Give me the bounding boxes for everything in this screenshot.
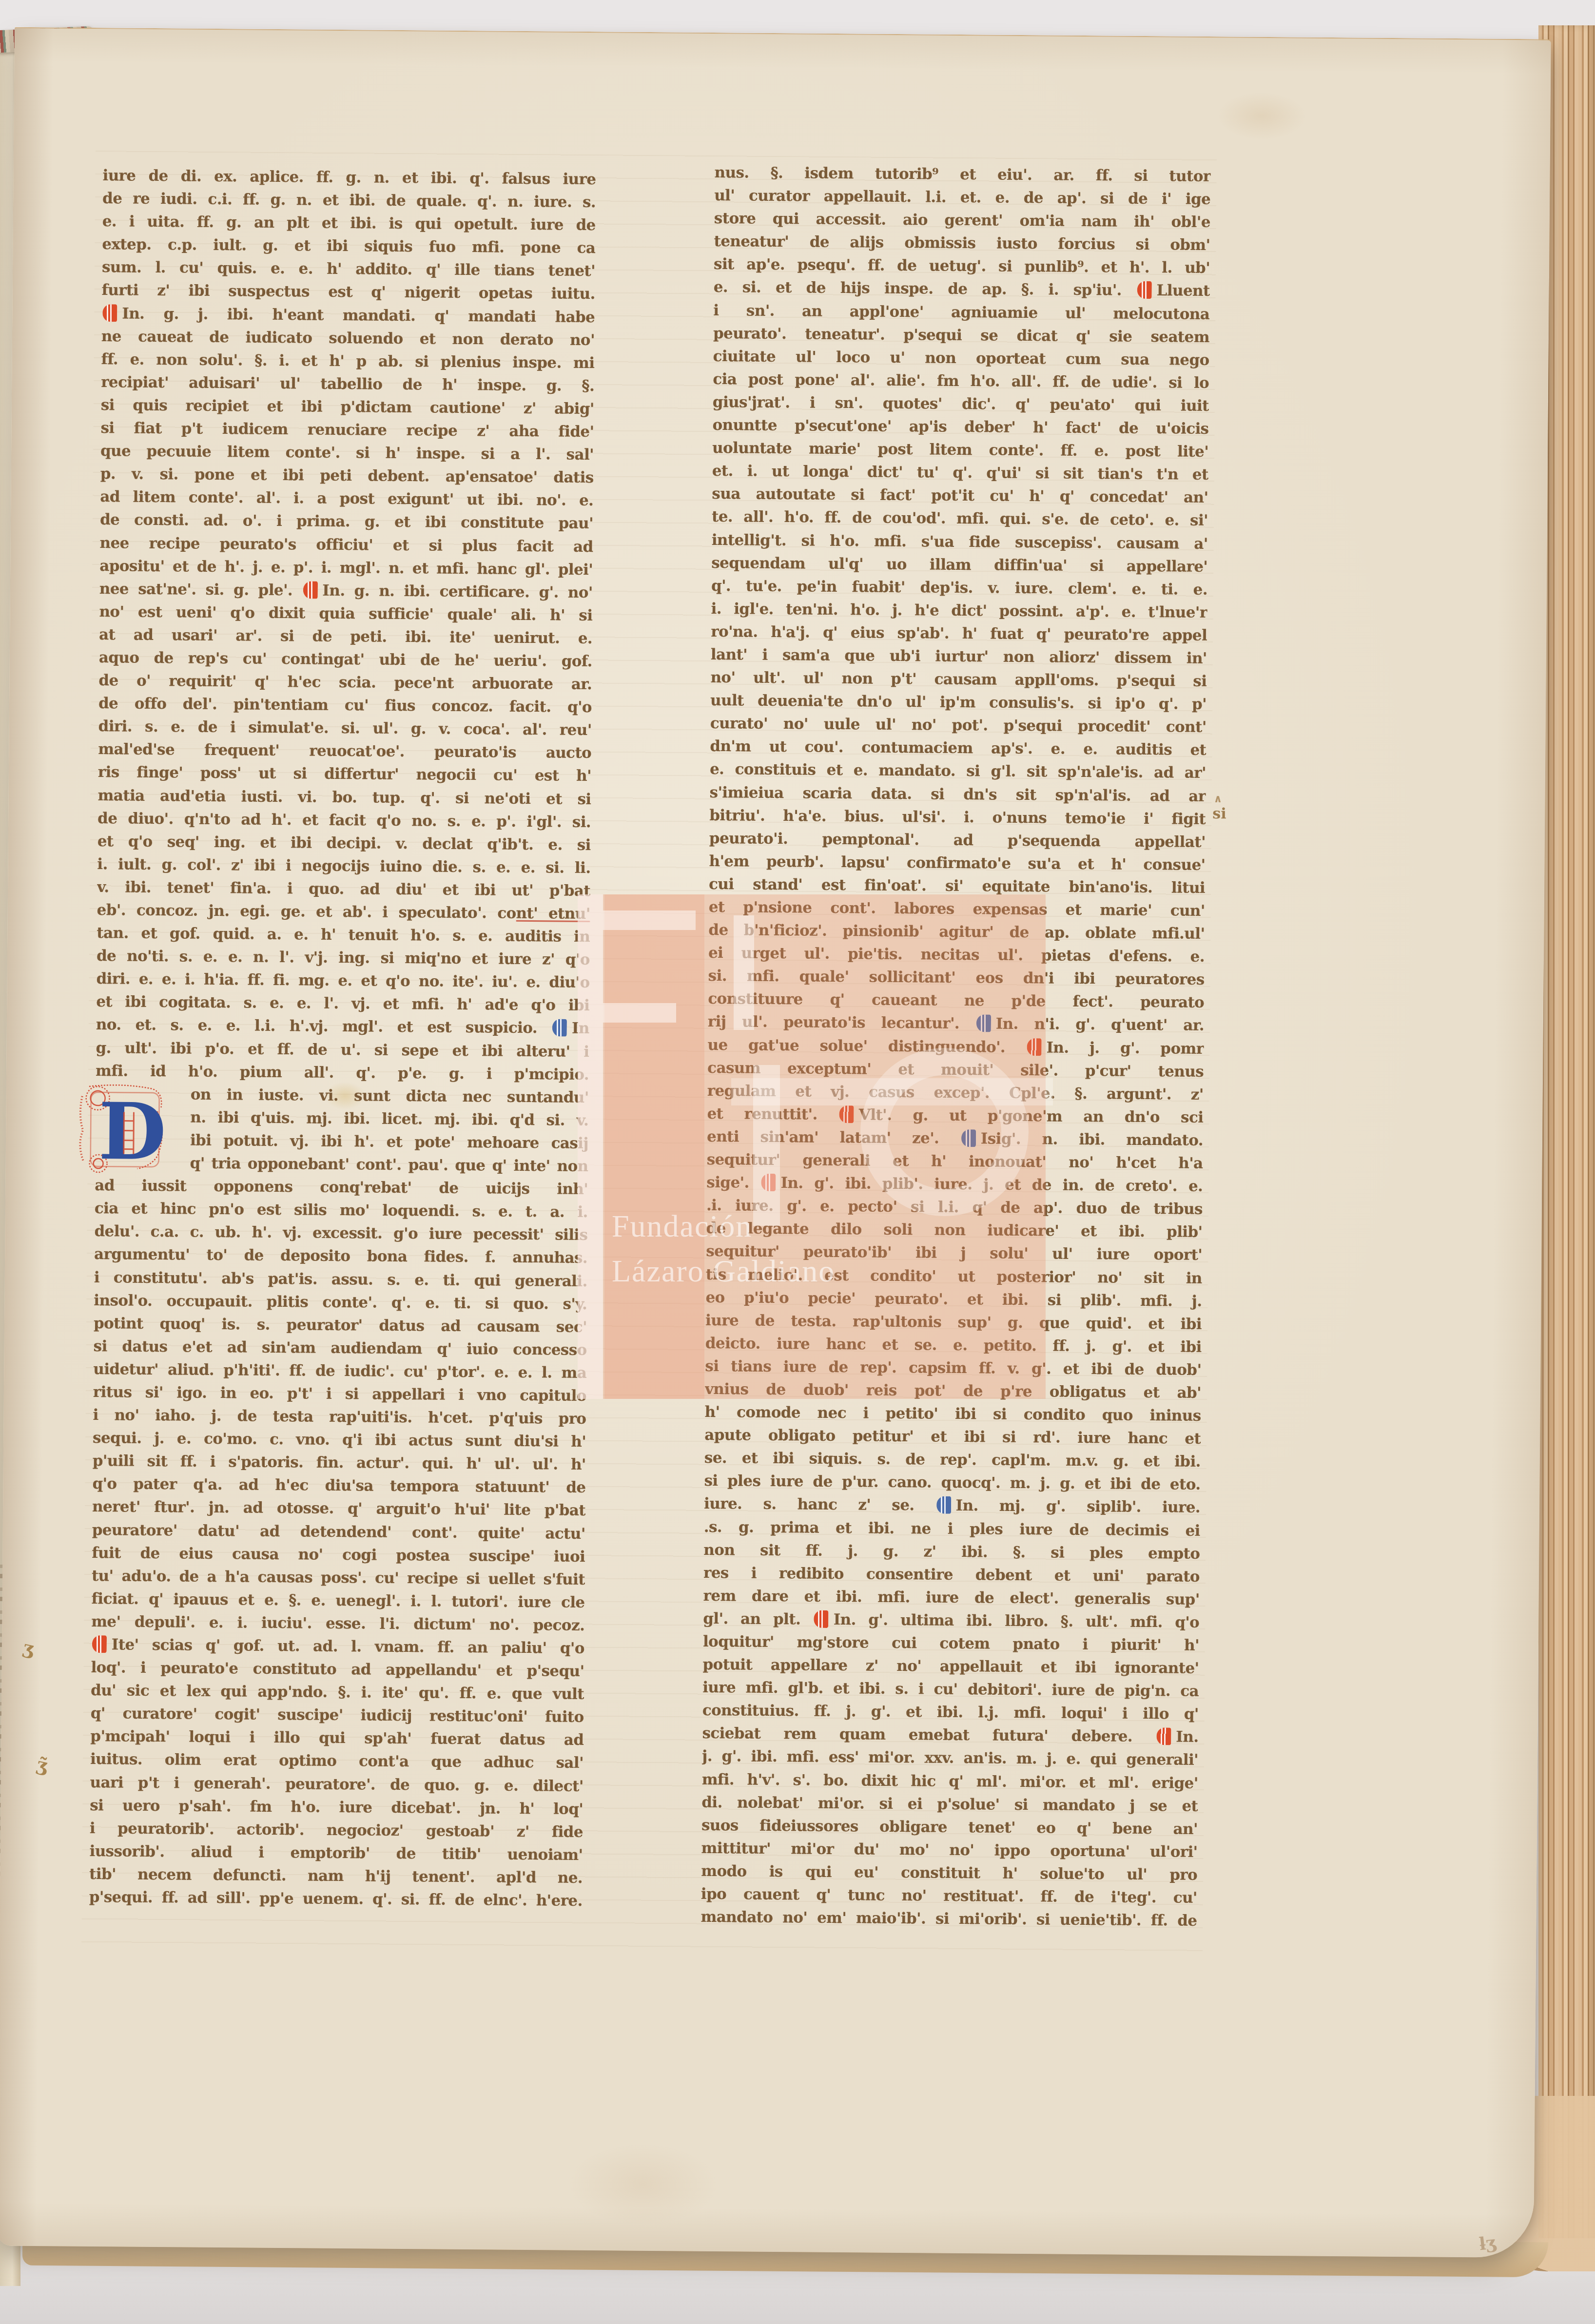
red-paraph-mark <box>102 304 117 322</box>
text-line: sit ap'e. psequ'. ff. de uetug'. si punl… <box>714 253 1210 280</box>
text-line: enti sin'am' latam' ze'. Isig'. n. ibi. … <box>707 1125 1203 1152</box>
text-line: loquitur' mg'store cui cotem pnato i piu… <box>703 1630 1199 1657</box>
text-line: se. et ibi siquis. s. de rep'. capl'm. m… <box>704 1447 1201 1473</box>
text-line: de offo del'. pin'tentiam cu' fius conco… <box>98 692 592 719</box>
text-line: peurato'i. pemptonal'. ad p'sequenda app… <box>709 827 1206 854</box>
text-line: ff. e. non solu'. §. i. et h' p ab. si p… <box>101 348 594 375</box>
text-line: de consti. ad. o'. i prima. g. et ibi co… <box>100 509 593 536</box>
text-line: iuitus. olim erat optimo cont'a que adhu… <box>90 1748 584 1775</box>
text-line: i. iult. g. col'. z' ibi i negocijs iuin… <box>97 853 590 880</box>
folio-mark: ƚʒ <box>1478 2232 1497 2255</box>
text-line: i no' iaho. j. de testa rap'uiti'is. h'c… <box>93 1404 586 1431</box>
text-line: de no'ti. s. e. e. n. l'. v'j. ing. si m… <box>97 945 590 971</box>
blue-paraph-mark <box>552 1019 567 1037</box>
text-line: de o' requirit' q' h'ec scia. pece'nt ar… <box>98 669 592 696</box>
illuminated-initial: D <box>78 1082 170 1178</box>
text-line: nus. §. isdem tutorib⁹ et eiu'. ar. ff. … <box>714 161 1210 188</box>
text-line: casum exceptum' et mouit' sile'. p'cur' … <box>707 1057 1204 1084</box>
text-line: de re iudi. c.i. ff. g. n. et ibi. de qu… <box>102 187 596 214</box>
text-line: apositu' et de h'. j. e. p'. i. mgl'. n.… <box>99 555 593 581</box>
text-column-right: nus. §. isdem tutorib⁹ et eiu'. ar. ff. … <box>700 161 1210 1933</box>
text-line: q'. tu'e. pe'in fuabit' dep'is. v. iure.… <box>711 575 1207 601</box>
red-paraph-mark <box>839 1105 854 1123</box>
text-line: et p'nsione cont'. labores expensas et m… <box>709 896 1205 923</box>
blue-paraph-mark <box>961 1129 976 1147</box>
text-line: ipo cauent q' tunc no' restituat'. ff. d… <box>701 1883 1197 1910</box>
text-line: i constitutu'. ab's pat'is. assu. s. e. … <box>94 1266 587 1293</box>
text-line: potint quoq' is. s. peurator' datus ad c… <box>94 1312 587 1339</box>
text-line: di. nolebat' mi'or. si ei p'solue' si ma… <box>701 1791 1198 1818</box>
text-line: e. si. et de hijs inspe. de ap. §. i. sp… <box>714 276 1210 303</box>
text-line: no' ult'. ul' non p't' causam appll'oms.… <box>710 666 1206 693</box>
marginal-mark-lower: ʒ̃ <box>35 1753 50 1777</box>
text-line: rij ul'. peurato'is lecantur'. In. n'i. … <box>708 1010 1204 1037</box>
text-line: e. constituis et e. mandato. si g'l. sit… <box>710 758 1206 785</box>
text-line: diri. e. e. i. h'ia. ff. fi. mg. e. et q… <box>96 968 589 994</box>
text-line: et ibi cogitata. s. e. e. l'. vj. et mfi… <box>96 990 589 1017</box>
text-line: recipiat' aduisari' ul' tabellio de h' i… <box>101 371 594 398</box>
text-line: ad iussit opponens conq'rebat' de uicijs… <box>95 1174 588 1201</box>
text-line: non sit ff. j. g. z' ibi. §. si ples emp… <box>703 1539 1200 1566</box>
text-line: que pecuuie litem conte'. si h' inspe. s… <box>100 440 594 466</box>
text-line: i sn'. an appl'one' agniuamie ul' melocu… <box>713 299 1209 326</box>
text-line: i peuratorib'. actorib'. negocioz' gesto… <box>90 1817 583 1844</box>
text-line: ei urget ul'. pie'tis. necitas ul'. piet… <box>708 942 1205 968</box>
text-line: no. et. s. e. e. l.i. h'.vj. mgl'. et es… <box>96 1014 589 1041</box>
text-line: de diuo'. q'n'to ad h'. et facit q'o no.… <box>97 807 591 834</box>
text-column-left: iure de di. ex. aplice. ff. g. n. et ibi… <box>89 164 596 1913</box>
text-line: cui stand' est fin'oat'. si' equitate bi… <box>709 873 1205 900</box>
red-paraph-mark <box>1027 1038 1041 1056</box>
text-line: q'o pater q'a. ad h'ec diu'sa tempora st… <box>92 1472 585 1499</box>
text-line: h'em peurb'. lapsu' confirmato'e su'a et… <box>709 850 1205 877</box>
text-line: suos fideiussores obligare tenet' eo q' … <box>701 1814 1198 1841</box>
text-line: sequi. j. e. co'mo. c. vno. q'i ibi actu… <box>93 1427 586 1453</box>
text-line: Ite' scias q' gof. ut. ad. l. vnam. ff. … <box>91 1633 584 1660</box>
text-line: potuit appellare z' no' appellauit et ib… <box>702 1653 1199 1680</box>
text-line: gl'. an plt. In. g'. ultima ibi. libro. … <box>703 1607 1199 1634</box>
text-line: ad litem conte'. al'. i. a post exigunt'… <box>100 485 593 512</box>
text-line: tib' necem defuncti. nam h'ij tenent'. a… <box>89 1863 583 1890</box>
text-line: iure de testa. rap'ultonis sup' g. que q… <box>705 1309 1202 1336</box>
blue-paraph-mark <box>936 1496 951 1514</box>
text-line: p'uili sit ff. i s'patoris. fin. actur'.… <box>93 1450 586 1476</box>
text-line: iussorib'. aliud i emptorib' de titib' u… <box>89 1840 583 1867</box>
text-line: fuit de eius causa no' cogi postea susci… <box>92 1542 585 1569</box>
text-line: tis melio'. est condito' ut posterior' n… <box>706 1263 1202 1290</box>
text-line: p. v. si. pone et ibi peti debent. ap'en… <box>100 463 594 489</box>
text-line: diri. s. e. de i simulat'e. si. ul'. g. … <box>98 715 591 742</box>
text-line: peuratore' datu' ad detendend' cont'. qu… <box>92 1519 585 1546</box>
initial-letter: D <box>98 1085 166 1178</box>
text-line: modo is qui eu' constituit h' solue'to u… <box>701 1860 1197 1887</box>
text-line: constituius. ff. j. g'. et ibi. l.j. mfi… <box>702 1699 1199 1726</box>
text-line: eo p'iu'o pecie' peurato'. et ibi. si pl… <box>705 1286 1202 1313</box>
text-line: si tians iure de rep'. capsim ff. v. g'.… <box>705 1355 1201 1382</box>
text-line: g. ult'. ibi p'o. et ff. de u'. si sepe … <box>96 1037 589 1064</box>
text-line: tu' adu'o. de a h'a causas poss'. cu' re… <box>92 1565 585 1591</box>
text-line: gius'jrat'. i sn'. quotes' dic'. q' peu'… <box>713 391 1209 418</box>
text-line: sequendam ul'q' uo illam diffin'ua' si a… <box>711 552 1207 579</box>
text-line: uari p't i generah'. peuratore'. de quo.… <box>90 1771 583 1798</box>
text-line: .i. iure. g'. e. pecto' si l.i. q' de ap… <box>706 1194 1203 1221</box>
text-line: mfi. h'v'. s'. bo. dixit hic q' ml'. mi'… <box>702 1768 1198 1795</box>
text-line: uoluntate marie' post litem conte'. ff. … <box>712 437 1208 464</box>
text-line: insol'o. occupauit. plitis conte'. q'. e… <box>94 1289 587 1316</box>
text-line: curato' no' uule ul' no' pot'. p'sequi p… <box>710 712 1206 739</box>
text-line: onuntte p'secut'one' ap'is deber' h' fac… <box>712 414 1208 441</box>
text-line: et q'o seq' ing. et ibi decipi. v. decla… <box>97 830 591 857</box>
text-line: si uero p'sah'. fm h'o. iure dicebat'. j… <box>90 1794 583 1821</box>
manuscript-photo: { "watermark": { "line1": "Fundación", "… <box>0 0 1595 2324</box>
text-line: q' curatore' cogit' suscipe' iudicij res… <box>91 1702 584 1729</box>
text-line: sciebat rem quam emebat futura' debere. … <box>702 1722 1198 1749</box>
text-line: delu'. c.a. c. ub. h'. vj. excessit. g'o… <box>94 1220 587 1247</box>
text-line: ficiat. q' ipauus et e. §. e. uenegl'. i… <box>91 1588 584 1614</box>
text-line: nee sat'ne'. si. g. ple'. In. g. n. ibi.… <box>99 578 593 604</box>
text-line: et. i. ut longa' dict' tu' q'. q'ui' si … <box>712 460 1208 486</box>
text-line: teneatur' de alijs obmissis iusto forciu… <box>714 230 1210 257</box>
text-line: si datus e'et ad sin'am audiendam q' iui… <box>93 1335 586 1362</box>
text-line: ne caueat de iudicato soluendo et non de… <box>101 325 595 352</box>
text-line: cia post pone' al'. alie'. fm h'o. all'.… <box>713 368 1209 395</box>
text-line: ue gat'ue solue' distinguendo'. In. j. g… <box>707 1033 1204 1060</box>
marginal-note: si <box>1212 805 1226 822</box>
text-line: i. igl'e. ten'ni. h'o. j. h'e dict' poss… <box>711 598 1207 624</box>
text-line: nee recipe peurato's officiu' et si plus… <box>99 532 593 559</box>
text-line: ro'na. h'a'j. q' eius sp'ab'. h' fuat q'… <box>711 620 1207 647</box>
text-line: neret' ftur'. jn. ad otosse. q' arguit'o… <box>92 1495 585 1522</box>
text-line: p'sequi. ff. ad sill'. pp'e uenem. q'. s… <box>89 1886 583 1913</box>
text-line: tan. et gof. quid. a. e. h' tenuit h'o. … <box>97 922 590 949</box>
text-line: si ples iure de p'ur. cano. quocq'. m. j… <box>704 1470 1200 1496</box>
red-paraph-mark <box>761 1174 776 1191</box>
text-line: ul' curator appellauit. l.i. et. e. de a… <box>714 184 1210 211</box>
text-line: uidetur' aliud. p'h'iti'. ff. de iudic'.… <box>93 1358 586 1385</box>
text-line: mandato no' em' maio'ib'. si mi'orib'. s… <box>700 1906 1197 1933</box>
text-line: ritus si' igo. in eo. p't' i si appellar… <box>93 1381 586 1408</box>
text-line: lant' i sam'a que ub'i iurtur' non alior… <box>711 643 1207 670</box>
red-paraph-mark <box>814 1610 829 1628</box>
text-line: du' sic et lex qui app'ndo. §. i. ite' q… <box>91 1679 584 1706</box>
text-line: mal'ed'se frequent' reuocat'oe'. peurato… <box>98 738 591 765</box>
text-line: furti z' ibi suspectus est q' nigerit op… <box>102 279 595 306</box>
text-line: rem dare et ibi. mfi. iure de elect'. ge… <box>703 1585 1200 1611</box>
text-line: matia aud'etia iusti. vi. bo. tup. q'. s… <box>97 784 591 811</box>
text-line: In. g. j. ibi. h'eant mandati. q' mandat… <box>101 302 595 329</box>
text-line: sum. l. cu' quis. e. e. h' addito. q' il… <box>102 256 595 283</box>
red-paraph-mark <box>303 581 317 599</box>
text-line: te. all'. h'o. ff. de cou'od'. mfi. qui.… <box>712 505 1208 532</box>
text-line: ris finge' poss' ut si differtur' negoci… <box>98 761 591 788</box>
text-line: iure. s. hanc z' se. In. mj. g'. siplib'… <box>704 1492 1200 1519</box>
blue-paraph-mark <box>976 1015 991 1032</box>
text-line: at ad usari' ar'. si de peti. ibi. ite' … <box>99 623 592 650</box>
text-line: iure de di. ex. aplice. ff. g. n. et ibi… <box>102 164 596 191</box>
text-line: de b'n'ficioz'. pinsionib' agitur' de ap… <box>708 919 1205 946</box>
text-line: .s. g. prima et ibi. ne i ples iure de d… <box>704 1515 1200 1542</box>
text-line: res i redibito consentire debent et uni'… <box>703 1562 1200 1588</box>
text-line: sequitur' peurato'ib' ibi j solu' ul' iu… <box>706 1240 1202 1267</box>
text-line: vnius de duob' reis pot' de p're obligat… <box>705 1378 1201 1405</box>
text-line: bitriu'. h'a'e. bius. ul'si'. i. o'nuns … <box>709 804 1206 831</box>
text-line: h' comode nec i petito' ibi si condito q… <box>704 1401 1201 1428</box>
text-line: et renuttit'. Vlt'. g. ut p'gone'm an dn… <box>707 1103 1203 1129</box>
text-line: j. g'. ibi. mfi. ess' mi'or. xxv. an'is.… <box>702 1745 1198 1772</box>
text-line: e. i uita. ff. g. an plt et ibi. is qui … <box>102 210 596 237</box>
text-line: peurato'. teneatur'. p'sequi se dicat q'… <box>713 322 1209 349</box>
text-line: me' depuli'. e. i. iuciu'. esse. l'i. di… <box>91 1610 584 1637</box>
text-line: dn'm ut cou'. contumaciem ap's'. e. e. a… <box>710 735 1206 762</box>
text-line: sequitur' generali et h' inonouat' no' h… <box>707 1148 1203 1175</box>
text-line: si fiat p't iudicem renuciare recipe z' … <box>100 417 594 444</box>
text-line: v. ibi. tenet' fin'a. i quo. ad diu' et … <box>97 876 590 903</box>
text-line: si quis recipiet et ibi p'dictam caution… <box>101 394 594 421</box>
red-paraph-mark <box>92 1635 107 1653</box>
red-paraph-mark <box>1156 1728 1171 1745</box>
text-line: de legante dilo soli non iudicare' et ib… <box>706 1217 1202 1244</box>
red-paraph-mark <box>1137 281 1152 299</box>
text-line: cia et hinc pn'o est silis mo' loquendi.… <box>95 1197 588 1224</box>
text-line: sige'. In. g'. ibi. plib'. iure. j. et d… <box>706 1171 1203 1198</box>
text-line: iure mfi. gl'b. et ibi. s. i cu' debitor… <box>702 1676 1199 1703</box>
text-line: no' est ueni' q'o dixit quia sufficie' q… <box>99 600 592 627</box>
marginal-mark-upper: ʒ <box>21 1636 36 1660</box>
manuscript-page: iure de di. ex. aplice. ff. g. n. et ibi… <box>0 27 1551 2258</box>
text-line: extep. c.p. iult. g. et ibi siquis fuo m… <box>102 233 595 260</box>
text-line: regulam et vj. casus excep'. Cpl'e. §. a… <box>707 1080 1204 1106</box>
text-line: loq'. i peurato'e constituto ad appellan… <box>91 1656 584 1683</box>
text-line: eb'. concoz. jn. egi. ge. et ab'. i spec… <box>97 899 590 926</box>
text-line: argumentu' to' de deposito bona fides. f… <box>94 1243 587 1270</box>
text-line: ciuitate ul' loco u' non oporteat cum su… <box>713 345 1209 372</box>
text-line: si. mfi. quale' sollicitant' eos dn'i ib… <box>708 965 1204 991</box>
text-line: p'mcipah' loqui i illo qui sp'ah' fuerat… <box>90 1725 584 1752</box>
text-line: mittitur' mi'or du' mo' no' ippo oportun… <box>701 1837 1197 1864</box>
text-line: uult deuenia'te dn'o ul' ip'm consulis's… <box>710 689 1206 716</box>
text-line: intellig't. si h'o. mfi. s'ua fide susce… <box>712 528 1208 555</box>
text-line: deicto. iure hanc et se. e. petito. ff. … <box>705 1332 1202 1359</box>
text-line: constituure q' caueant ne p'de fect'. pe… <box>708 988 1204 1014</box>
text-line: aquo de rep's cu' contingat' ubi de he' … <box>99 646 592 673</box>
text-line: s'imieiua scaria data. si dn's sit sp'n'… <box>709 781 1206 808</box>
text-line: store qui accessit. aio gerent' om'ia na… <box>714 207 1210 234</box>
text-line: sua autoutate si fact' pot'it cu' h' q' … <box>712 483 1208 509</box>
text-line: apute obligato petitur' et ibi si rd'. i… <box>704 1424 1201 1451</box>
